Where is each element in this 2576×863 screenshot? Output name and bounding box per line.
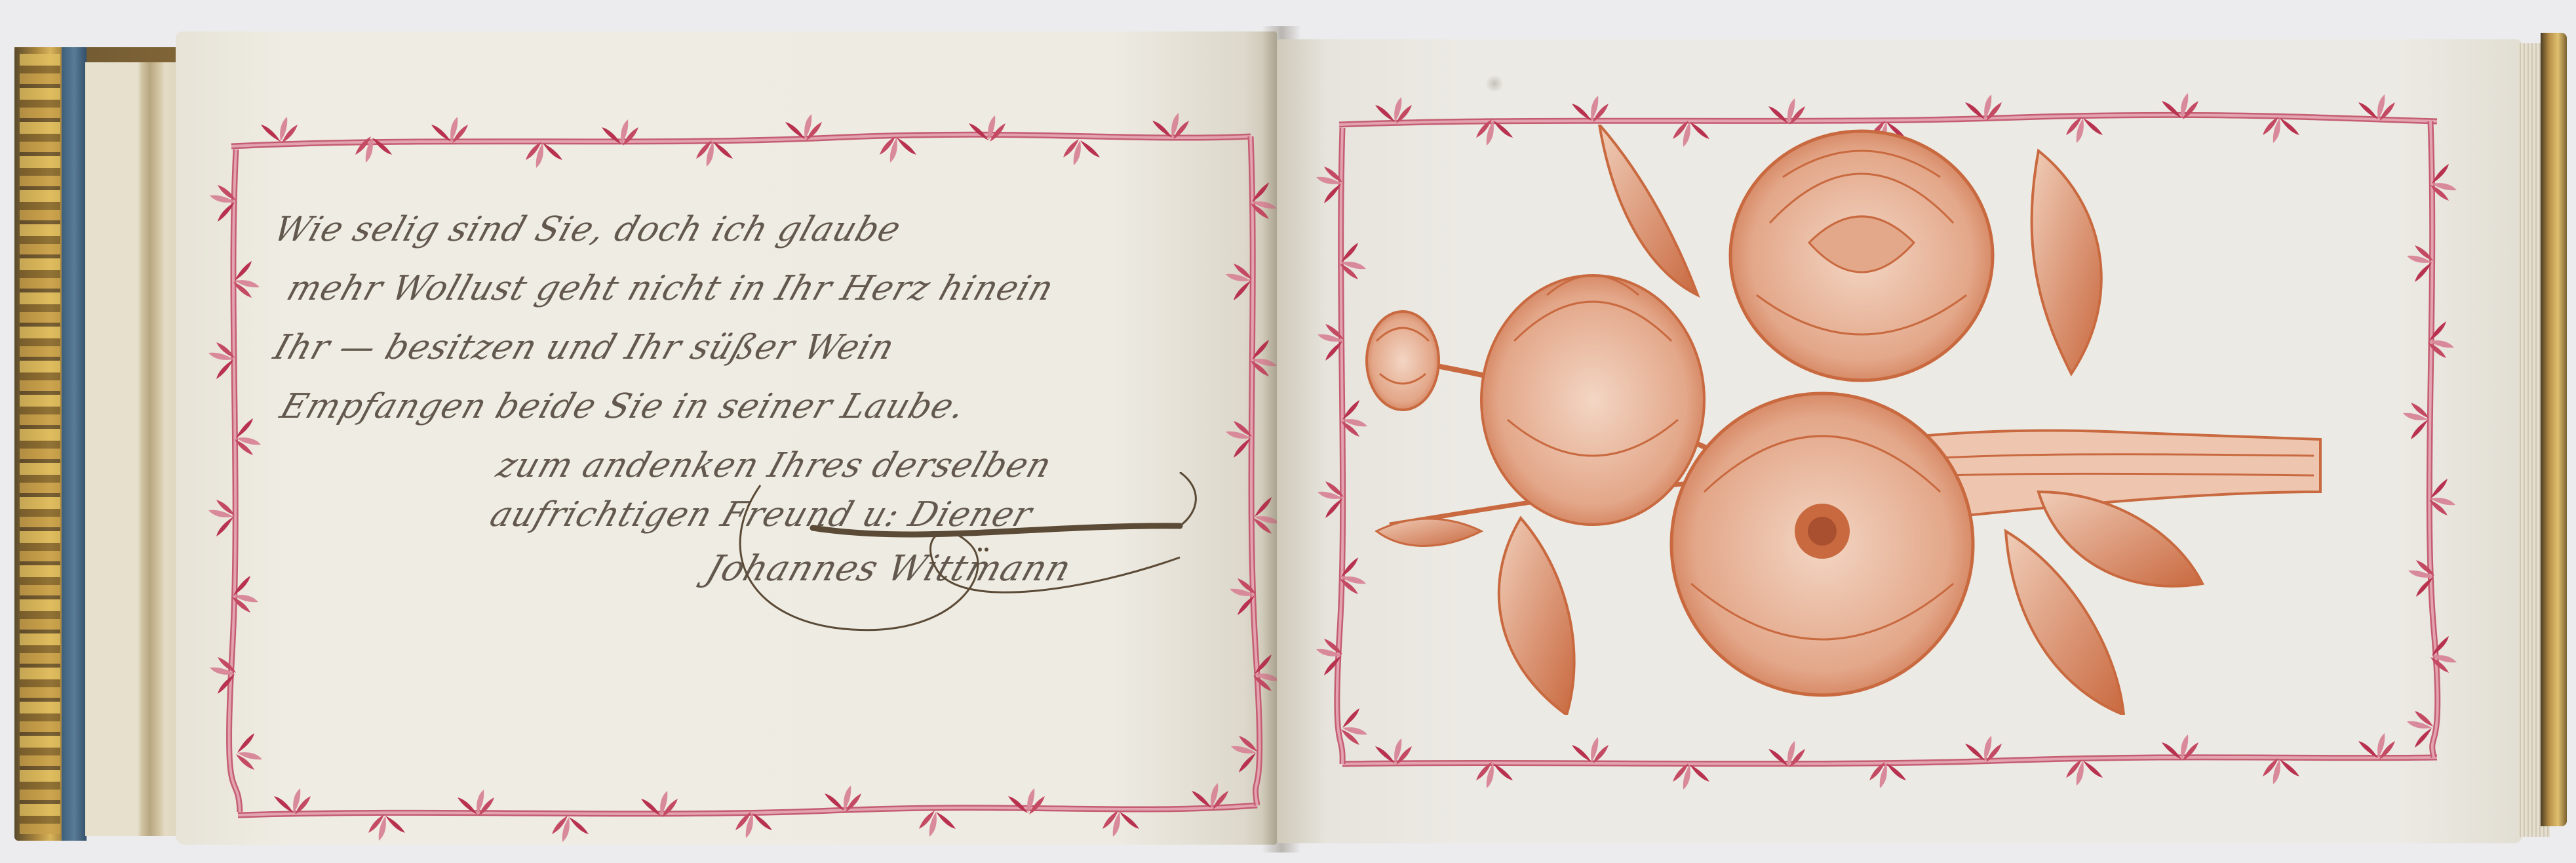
entry-line-4: Empfangen beide Sie in seiner Laube. bbox=[275, 387, 971, 426]
gilt-tooling bbox=[20, 54, 60, 834]
cover-right-edge bbox=[2541, 33, 2567, 826]
entry-line-3: Ihr — besitzen und Ihr süßer Wein bbox=[269, 328, 899, 367]
entry-line-1: Wie selig sind Sie, doch ich glaube bbox=[269, 210, 906, 249]
anemone-icon bbox=[1671, 393, 1973, 695]
left-page-stack bbox=[85, 62, 180, 836]
flower-bouquet-illustration bbox=[1350, 125, 2373, 715]
rose-icon bbox=[1730, 131, 1993, 380]
open-album: Wie selig sind Sie, doch ich glaube mehr… bbox=[0, 0, 2576, 863]
signature-flourish bbox=[721, 472, 1232, 643]
small-bud-icon bbox=[1367, 311, 1439, 410]
cover-left-edge bbox=[14, 47, 87, 841]
blue-cover-board bbox=[62, 47, 87, 841]
left-flower-icon bbox=[1481, 275, 1704, 525]
entry-line-2: mehr Wollust geht nicht in Ihr Herz hine… bbox=[282, 269, 1059, 308]
